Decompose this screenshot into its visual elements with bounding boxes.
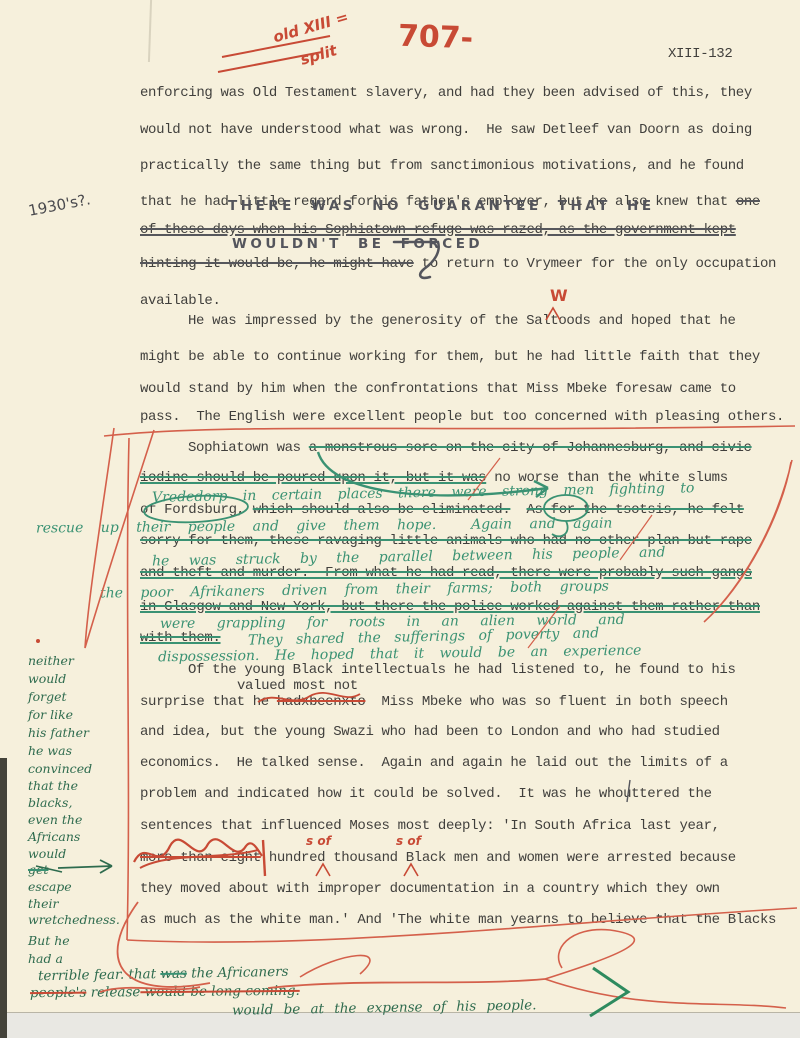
green-text: the Africaners — [187, 964, 289, 982]
margin-note: had a — [28, 951, 63, 966]
pencil-insert-caps-2: WOULDN'T BE FORCED — [232, 236, 483, 252]
typed-text: He was impressed by the generosity of th… — [188, 313, 558, 329]
paper-crease — [148, 0, 152, 62]
margin-note: blacks, — [28, 795, 72, 810]
margin-note: would — [28, 846, 66, 861]
margin-note: forget — [28, 689, 67, 704]
typed-text: oods and hoped that he — [558, 313, 735, 329]
green-struck-text: which should also be eliminated. — [253, 502, 511, 518]
red-struck-text: would be long coming. — [140, 983, 299, 1000]
typed-line: would stand by him when the confrontatio… — [140, 381, 736, 397]
typed-text: , — [237, 502, 253, 518]
typed-text: to return to Vrymeer for the only occupa… — [414, 256, 776, 272]
red-frame-top — [104, 426, 795, 436]
red-plural-insert-1: s of — [306, 834, 331, 848]
green-struck-text: a monstrous sore on the city of Johannes… — [309, 440, 752, 456]
page-label: XIII-132 — [668, 46, 732, 62]
page-bottom-edge — [0, 1012, 800, 1038]
red-frame-left — [127, 438, 129, 940]
margin-note: Africans — [28, 829, 80, 844]
margin-note-bottom: terrible fear. that was the Africaners — [38, 964, 289, 984]
typed-line: He was impressed by the generosity of th… — [188, 313, 736, 329]
typed-line: Of the young Black intellectuals he had … — [188, 662, 736, 678]
typed-line: available. — [140, 293, 221, 309]
typed-line: enforcing was Old Testament slavery, and… — [140, 85, 752, 101]
typed-line: they moved about with improper documenta… — [140, 881, 720, 897]
margin-note: that the — [28, 778, 78, 793]
typed-line: of Fordsburg, which should also be elimi… — [140, 502, 744, 518]
typed-text: thousand — [325, 850, 397, 866]
typed-text: Miss Mbeke who was so fluent in both spe… — [365, 694, 727, 710]
red-swoosh — [545, 979, 786, 1008]
pencil-insert-caps-1: THERE WAS NO GUARANTEE THAT HE — [228, 198, 655, 214]
margin-note: would — [28, 671, 66, 686]
red-note-old-xiii: old XIII = — [271, 8, 350, 47]
typed-line: pass. The English were excellent people … — [140, 409, 784, 425]
typed-text: surprise that he — [140, 694, 277, 710]
green-struck-text: was — [160, 966, 187, 982]
green-chevron — [590, 968, 628, 1016]
green-text: release — [86, 984, 140, 1000]
typed-line: surprise that he hadxbeenxto Miss Mbeke … — [140, 694, 728, 710]
typed-line: practically the same thing but from sanc… — [140, 158, 744, 174]
margin-note: wretchedness. — [28, 912, 120, 927]
typed-line: Sophiatown was a monstrous sore on the c… — [188, 440, 752, 456]
typed-line: more than eight hundred thousand Black m… — [140, 850, 736, 866]
struck-text: hinting it would be, he might have — [140, 256, 414, 272]
red-note-split: split — [298, 41, 339, 69]
green-arrow — [58, 860, 112, 873]
red-plural-insert-2: s of — [396, 834, 421, 848]
margin-note: for like — [28, 707, 73, 722]
typed-text: Black men and women were arrested becaus… — [398, 850, 736, 866]
margin-note: his father — [28, 725, 89, 740]
red-struck-text: hadxbeenxto — [277, 694, 366, 710]
manuscript-page: old XIII = split 707- XIII-132 1930's?. … — [0, 0, 800, 1038]
red-strike — [268, 979, 545, 988]
red-struck-text: people's — [30, 985, 86, 1001]
green-struck-typed-line: with them. — [140, 630, 221, 646]
typed-line: problem and indicated how it could be so… — [140, 786, 712, 802]
margin-note: escape — [28, 879, 72, 894]
struck-word: one — [736, 194, 760, 210]
typed-line: hinting it would be, he might have to re… — [140, 256, 776, 272]
margin-note-struck: get — [28, 862, 48, 877]
red-page-number: 707- — [397, 19, 473, 57]
typed-line: economics. He talked sense. Again and ag… — [140, 755, 728, 771]
typed-line: as much as the white man.' And 'The whit… — [140, 912, 776, 928]
page-left-edge — [0, 758, 7, 1038]
typed-line: would not have understood what was wrong… — [140, 122, 752, 138]
margin-note: their — [28, 896, 58, 911]
green-struck-text: iodine should be poured upon it, but it … — [140, 470, 486, 486]
margin-note-bottom: people's release would be long coming. — [30, 983, 300, 1001]
typed-line: and idea, but the young Swazi who had be… — [140, 724, 720, 740]
typed-line: might be able to continue working for th… — [140, 349, 760, 365]
typed-line: sentences that influenced Moses most dee… — [140, 818, 720, 834]
red-swoosh — [300, 955, 370, 977]
green-text: terrible fear. that — [38, 966, 161, 984]
margin-note: even the — [28, 812, 82, 827]
typed-text: Sophiatown was — [188, 440, 309, 456]
red-struck-text: more than eight — [140, 850, 261, 866]
margin-note: he was — [28, 743, 72, 758]
margin-note: neither — [28, 653, 74, 668]
margin-year-note: 1930's?. — [27, 190, 92, 220]
red-insert-w: W — [550, 286, 568, 305]
typed-insert-above: valued most not — [237, 678, 358, 694]
red-loop — [545, 930, 634, 979]
typed-text: hundred — [261, 850, 325, 866]
margin-note: But he — [28, 933, 70, 948]
red-dot — [36, 639, 40, 643]
margin-note: convinced — [28, 761, 92, 776]
